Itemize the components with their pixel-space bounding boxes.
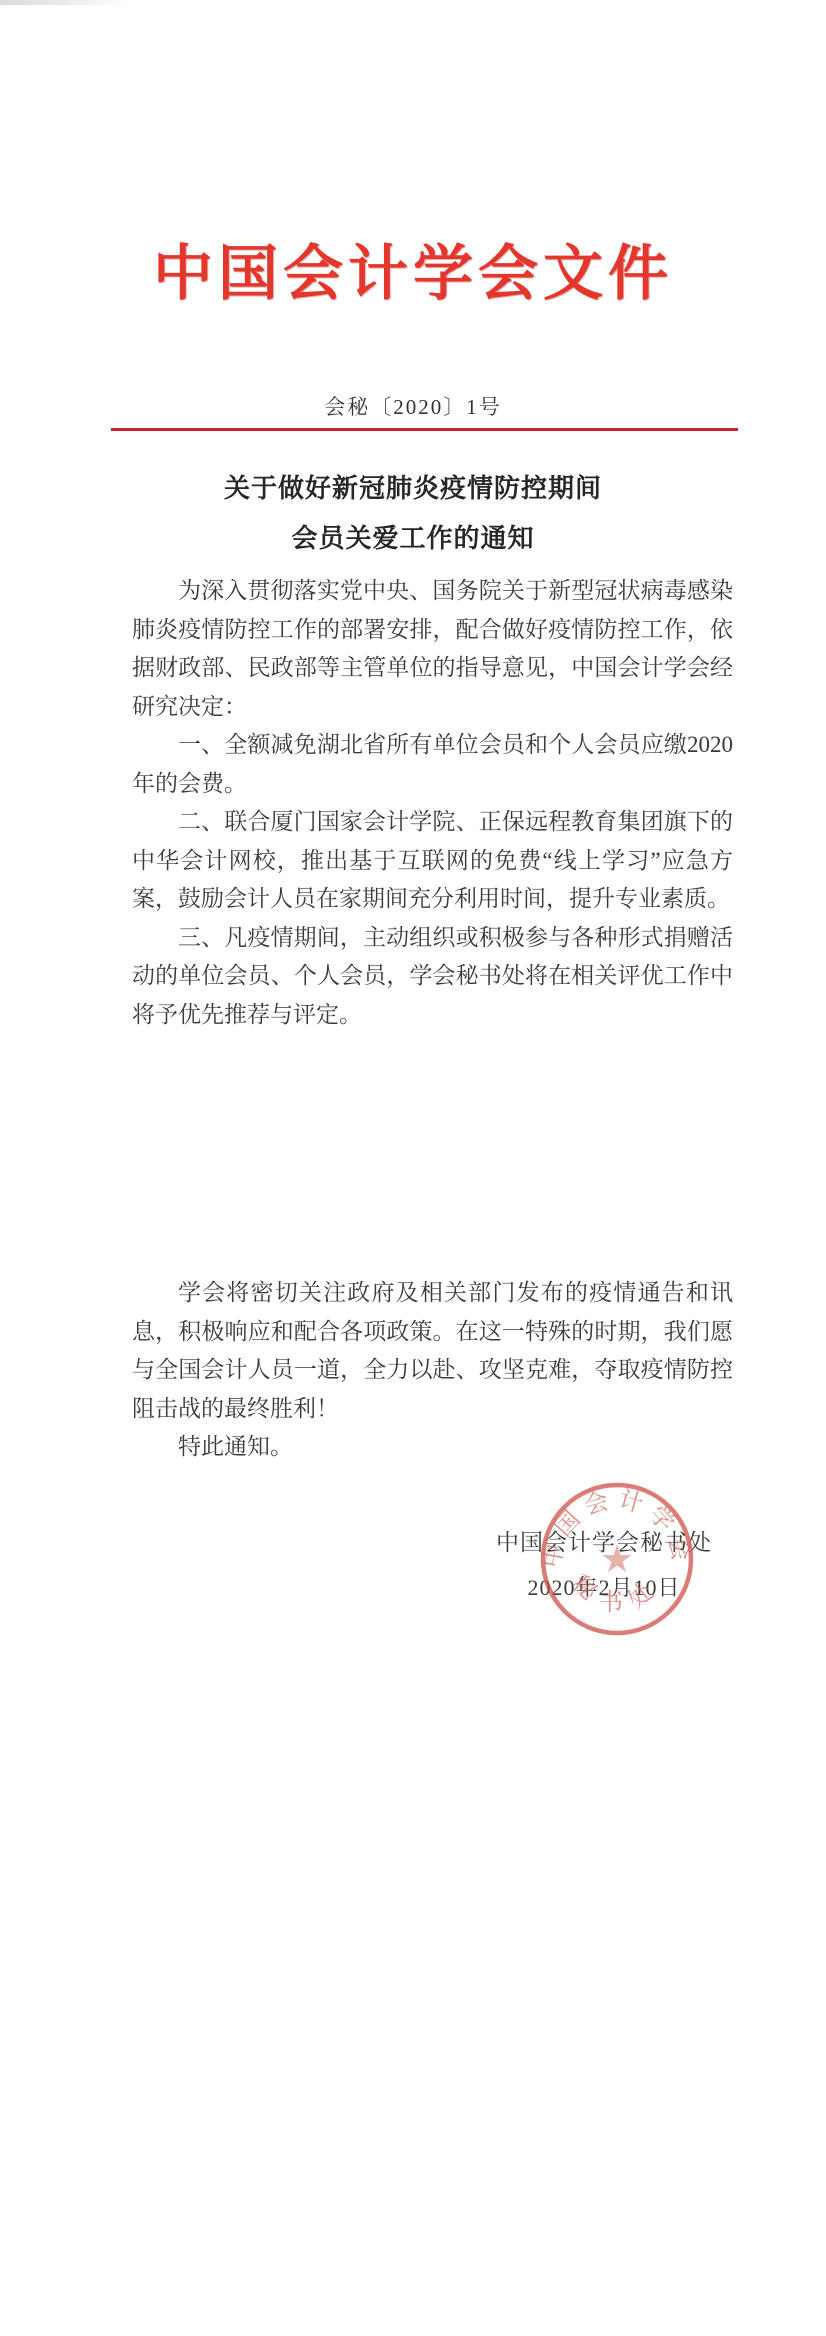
official-seal: 中国会计学会 秘书处 ★: [538, 1480, 696, 1638]
red-header-org-title: 中国会计学会文件: [0, 226, 826, 312]
doc-title-line-2: 会员关爱工作的通知: [0, 514, 826, 564]
seal-star-icon: ★: [600, 1539, 634, 1581]
doc-title-line-1: 关于做好新冠肺炎疫情防控期间: [0, 464, 826, 514]
paragraph-notice: 特此通知。: [132, 1428, 733, 1467]
body-section-bottom: 学会将密切关注政府及相关部门发布的疫情通告和讯息，积极响应和配合各项政策。在这一…: [132, 1274, 733, 1467]
paragraph-intro: 为深入贯彻落实党中央、国务院关于新型冠状病毒感染肺炎疫情防控工作的部署安排，配合…: [132, 572, 733, 726]
scan-artifact: [0, 0, 132, 5]
document-page: 中国会计学会文件 会秘〔2020〕1号 关于做好新冠肺炎疫情防控期间 会员关爱工…: [0, 0, 826, 2336]
body-section-top: 为深入贯彻落实党中央、国务院关于新型冠状病毒感染肺炎疫情防控工作的部署安排，配合…: [132, 572, 733, 1034]
red-divider: [111, 428, 738, 431]
paragraph-closing: 学会将密切关注政府及相关部门发布的疫情通告和讯息，积极响应和配合各项政策。在这一…: [132, 1274, 733, 1428]
doc-number: 会秘〔2020〕1号: [0, 391, 826, 421]
doc-title: 关于做好新冠肺炎疫情防控期间 会员关爱工作的通知: [0, 464, 826, 564]
paragraph-item-1: 一、全额减免湖北省所有单位会员和个人会员应缴2020年的会费。: [132, 726, 733, 803]
paragraph-item-2: 二、联合厦门国家会计学院、正保远程教育集团旗下的中华会计网校，推出基于互联网的免…: [132, 803, 733, 919]
paragraph-item-3: 三、凡疫情期间，主动组织或积极参与各种形式捐赠活动的单位会员、个人会员，学会秘书…: [132, 919, 733, 1035]
